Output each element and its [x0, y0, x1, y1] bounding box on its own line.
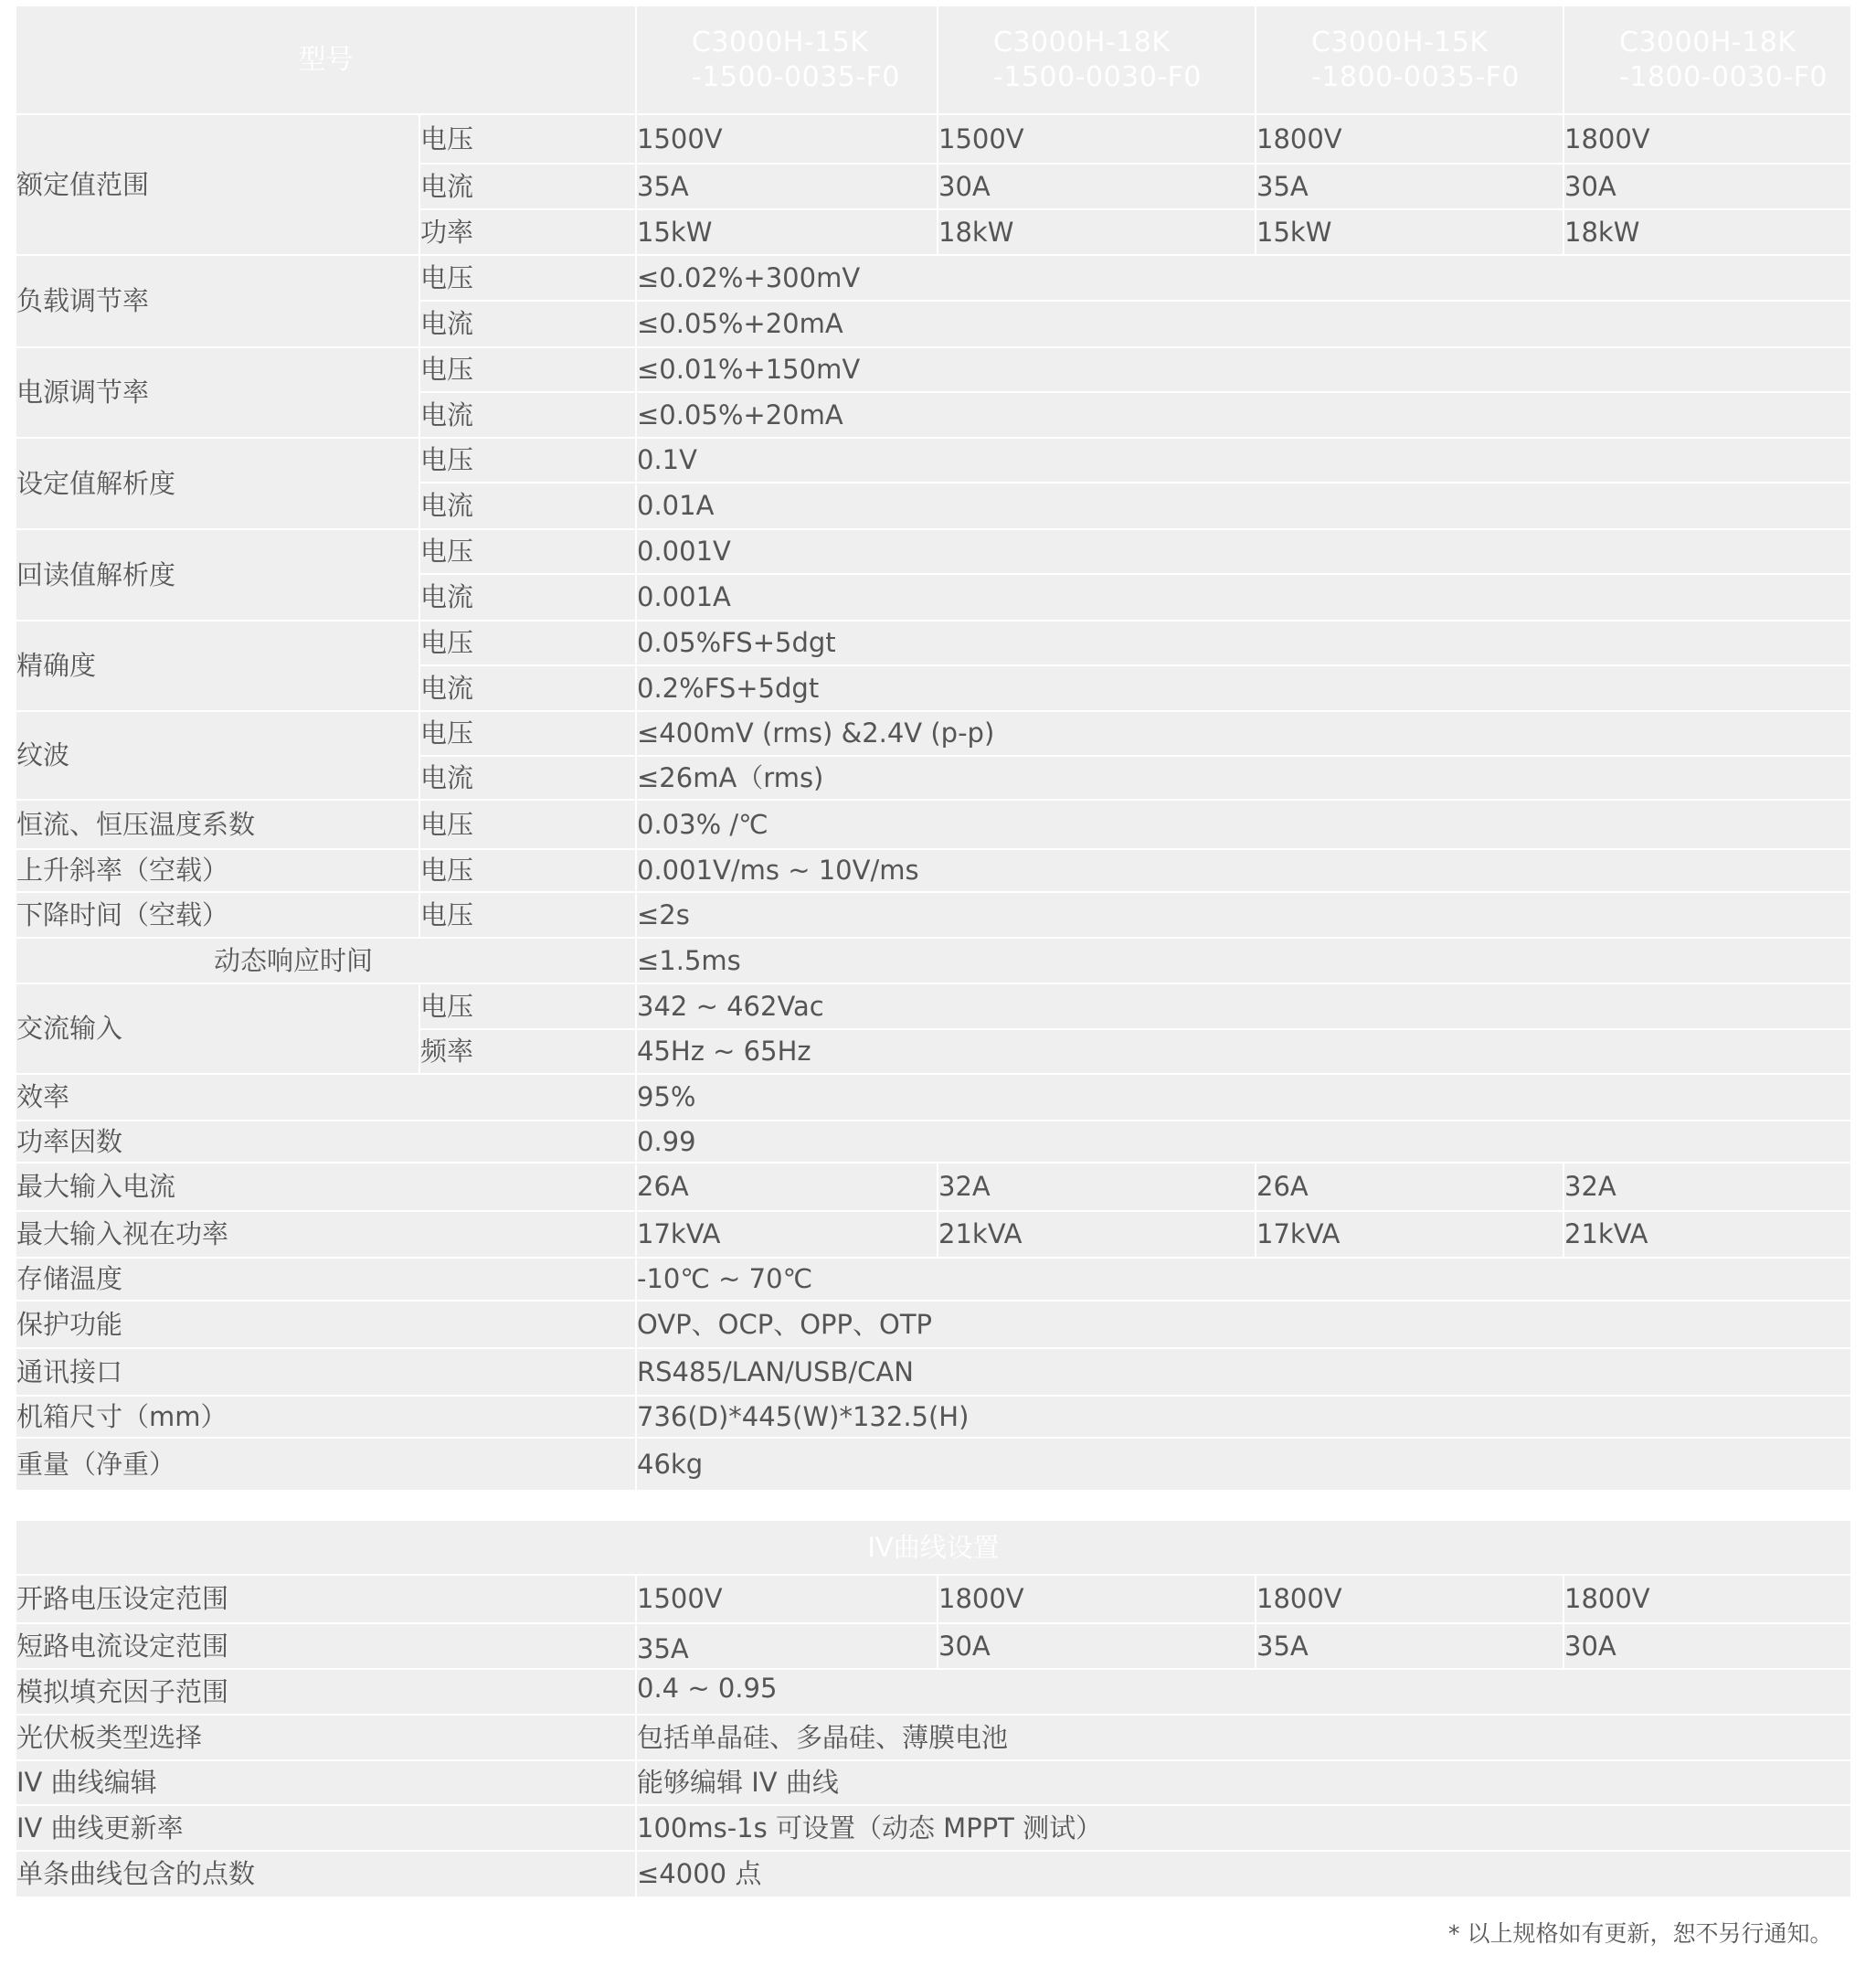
model-header-3: C3000H-15K-1800-0035-F0 [1256, 5, 1563, 114]
sub-label: 功率 [419, 209, 636, 255]
cell: 46kg [636, 1438, 1851, 1491]
table-row: 通讯接口 RS485/LAN/USB/CAN [16, 1348, 1851, 1396]
table-row: 机箱尺寸（mm） 736(D)*445(W)*132.5(H) [16, 1396, 1851, 1438]
cell: 包括单晶硅、多晶硅、薄膜电池 [636, 1715, 1851, 1760]
cell: ≤0.01%+150mV [636, 347, 1851, 392]
row-label-max-apparent-power: 最大输入视在功率 [16, 1211, 636, 1258]
row-label-interface: 通讯接口 [16, 1348, 636, 1396]
cell: ≤0.05%+20mA [636, 301, 1851, 347]
sub-label: 电流 [419, 756, 636, 800]
table-row: 精确度 电压 0.05%FS+5dgt [16, 621, 1851, 665]
table-row: 额定值范围 电压 1500V 1500V 1800V 1800V [16, 114, 1851, 164]
cell: ≤0.05%+20mA [636, 392, 1851, 438]
cell: 0.001V/ms ~ 10V/ms [636, 849, 1851, 892]
cell: 17kVA [636, 1211, 938, 1258]
cell: 35A [1256, 1623, 1563, 1669]
row-label-rise-slope: 上升斜率（空载） [16, 849, 419, 892]
sub-label: 电压 [419, 892, 636, 938]
row-label-fall-time: 下降时间（空载） [16, 892, 419, 938]
cell: 能够编辑 IV 曲线 [636, 1760, 1851, 1805]
cell: 0.1V [636, 438, 1851, 483]
sub-label: 电压 [419, 438, 636, 483]
cell: ≤400mV (rms) &2.4V (p-p) [636, 711, 1851, 756]
row-label-line-regulation: 电源调节率 [16, 347, 419, 438]
row-label-ripple: 纹波 [16, 711, 419, 800]
cell: OVP、OCP、OPP、OTP [636, 1301, 1851, 1348]
row-label-ac-input: 交流输入 [16, 983, 419, 1074]
cell: 1800V [938, 1575, 1256, 1623]
cell: 95% [636, 1074, 1851, 1121]
cell: 45Hz ~ 65Hz [636, 1029, 1851, 1074]
row-label-points-per-curve: 单条曲线包含的点数 [16, 1851, 636, 1897]
iv-section-title: IV曲线设置 [16, 1520, 1851, 1575]
cell: 21kVA [938, 1211, 1256, 1258]
cell: 30A [938, 1623, 1256, 1669]
cell: 1500V [636, 114, 938, 164]
row-label-readback-resolution: 回读值解析度 [16, 529, 419, 621]
sub-label: 电压 [419, 255, 636, 301]
cell: -10℃ ~ 70℃ [636, 1258, 1851, 1301]
table-row: 设定值解析度 电压 0.1V [16, 438, 1851, 483]
cell: 18kW [1563, 209, 1851, 255]
table-row: 交流输入 电压 342 ~ 462Vac [16, 983, 1851, 1029]
row-label-protection: 保护功能 [16, 1301, 636, 1348]
sub-label: 电流 [419, 392, 636, 438]
table-row: 回读值解析度 电压 0.001V [16, 529, 1851, 574]
row-label-dynamic-response: 动态响应时间 [16, 938, 636, 983]
sub-label: 电压 [419, 800, 636, 849]
iv-settings-table: IV曲线设置 开路电压设定范围 1500V 1800V 1800V 1800V … [15, 1519, 1852, 1898]
sub-label: 电压 [419, 347, 636, 392]
cell: 30A [1563, 164, 1851, 209]
sub-label: 电流 [419, 483, 636, 529]
cell: 26A [636, 1163, 938, 1211]
cell: 35A [1256, 164, 1563, 209]
sub-label: 电压 [419, 711, 636, 756]
cell: 0.01A [636, 483, 1851, 529]
table-row: 动态响应时间 ≤1.5ms [16, 938, 1851, 983]
table-row: 恒流、恒压温度系数 电压 0.03% /℃ [16, 800, 1851, 849]
sub-label: 电压 [419, 849, 636, 892]
row-label-temp-coeff: 恒流、恒压温度系数 [16, 800, 419, 849]
cell: 0.99 [636, 1121, 1851, 1163]
cell: 15kW [1256, 209, 1563, 255]
cell: ≤2s [636, 892, 1851, 938]
cell: 30A [1563, 1623, 1851, 1669]
cell: 1800V [1256, 114, 1563, 164]
cell: 0.03% /℃ [636, 800, 1851, 849]
row-label-short-circuit-current: 短路电流设定范围 [16, 1623, 636, 1669]
spec-table: 型号 C3000H-15K-1500-0035-F0 C3000H-18K-15… [15, 5, 1852, 1492]
cell: 1500V [938, 114, 1256, 164]
model-header-4: C3000H-18K-1800-0030-F0 [1563, 5, 1851, 114]
table-row: 最大输入视在功率 17kVA 21kVA 17kVA 21kVA [16, 1211, 1851, 1258]
row-label-iv-update-rate: IV 曲线更新率 [16, 1805, 636, 1851]
table-row: 重量（净重） 46kg [16, 1438, 1851, 1491]
row-label-max-input-current: 最大输入电流 [16, 1163, 636, 1211]
sub-label: 电流 [419, 164, 636, 209]
sub-label: 电流 [419, 301, 636, 347]
cell: 0.2%FS+5dgt [636, 665, 1851, 711]
row-label-open-circuit-voltage: 开路电压设定范围 [16, 1575, 636, 1623]
cell: 32A [938, 1163, 1256, 1211]
table-row: 光伏板类型选择 包括单晶硅、多晶硅、薄膜电池 [16, 1715, 1851, 1760]
cell: ≤0.02%+300mV [636, 255, 1851, 301]
cell: ≤4000 点 [636, 1851, 1851, 1897]
model-header-label: 型号 [16, 5, 636, 114]
row-label-load-regulation: 负载调节率 [16, 255, 419, 347]
table-row: 模拟填充因子范围 0.4 ~ 0.95 [16, 1669, 1851, 1715]
cell: 0.4 ~ 0.95 [636, 1669, 1851, 1715]
cell: 15kW [636, 209, 938, 255]
cell: 100ms-1s 可设置（动态 MPPT 测试） [636, 1805, 1851, 1851]
cell: 1800V [1563, 1575, 1851, 1623]
row-label-setting-resolution: 设定值解析度 [16, 438, 419, 529]
table-row: 存储温度 -10℃ ~ 70℃ [16, 1258, 1851, 1301]
sub-label: 电压 [419, 983, 636, 1029]
cell: RS485/LAN/USB/CAN [636, 1348, 1851, 1396]
cell: 18kW [938, 209, 1256, 255]
cell: 35A [636, 164, 938, 209]
cell: 30A [938, 164, 1256, 209]
table-row: 效率 95% [16, 1074, 1851, 1121]
cell: 1800V [1256, 1575, 1563, 1623]
table-row: 纹波 电压 ≤400mV (rms) &2.4V (p-p) [16, 711, 1851, 756]
row-label-power-factor: 功率因数 [16, 1121, 636, 1163]
cell: 26A [1256, 1163, 1563, 1211]
sub-label: 电压 [419, 621, 636, 665]
row-label-weight: 重量（净重） [16, 1438, 636, 1491]
cell: 0.001A [636, 574, 1851, 621]
table-row: 最大输入电流 26A 32A 26A 32A [16, 1163, 1851, 1211]
row-label-panel-type: 光伏板类型选择 [16, 1715, 636, 1760]
row-label-dimensions: 机箱尺寸（mm） [16, 1396, 636, 1438]
model-header-2: C3000H-18K-1500-0030-F0 [938, 5, 1256, 114]
table-row: 功率因数 0.99 [16, 1121, 1851, 1163]
cell: 342 ~ 462Vac [636, 983, 1851, 1029]
cell: 1500V [636, 1575, 938, 1623]
row-label-rated: 额定值范围 [16, 114, 419, 255]
cell: ≤1.5ms [636, 938, 1851, 983]
table-row: 负载调节率 电压 ≤0.02%+300mV [16, 255, 1851, 301]
row-label-accuracy: 精确度 [16, 621, 419, 711]
cell: 0.001V [636, 529, 1851, 574]
cell: 32A [1563, 1163, 1851, 1211]
sub-label: 电压 [419, 529, 636, 574]
table-row: 单条曲线包含的点数 ≤4000 点 [16, 1851, 1851, 1897]
cell: 736(D)*445(W)*132.5(H) [636, 1396, 1851, 1438]
row-label-iv-edit: IV 曲线编辑 [16, 1760, 636, 1805]
sub-label: 频率 [419, 1029, 636, 1074]
table-row: 下降时间（空载） 电压 ≤2s [16, 892, 1851, 938]
footnote: * 以上规格如有更新，恕不另行通知。 [1448, 1916, 1832, 1949]
row-label-efficiency: 效率 [16, 1074, 636, 1121]
header-row: 型号 C3000H-15K-1500-0035-F0 C3000H-18K-15… [16, 5, 1851, 114]
table-row: IV 曲线编辑 能够编辑 IV 曲线 [16, 1760, 1851, 1805]
cell: 1800V [1563, 114, 1851, 164]
table-row: 上升斜率（空载） 电压 0.001V/ms ~ 10V/ms [16, 849, 1851, 892]
sub-label: 电流 [419, 665, 636, 711]
table-row: 开路电压设定范围 1500V 1800V 1800V 1800V [16, 1575, 1851, 1623]
table-row: 电源调节率 电压 ≤0.01%+150mV [16, 347, 1851, 392]
cell: 21kVA [1563, 1211, 1851, 1258]
cell: 35A [636, 1623, 938, 1669]
table-row: 保护功能 OVP、OCP、OPP、OTP [16, 1301, 1851, 1348]
table-row: IV 曲线更新率 100ms-1s 可设置（动态 MPPT 测试） [16, 1805, 1851, 1851]
sub-label: 电压 [419, 114, 636, 164]
model-header-1: C3000H-15K-1500-0035-F0 [636, 5, 938, 114]
row-label-fill-factor: 模拟填充因子范围 [16, 1669, 636, 1715]
sub-label: 电流 [419, 574, 636, 621]
cell: ≤26mA（rms) [636, 756, 1851, 800]
cell: 0.05%FS+5dgt [636, 621, 1851, 665]
row-label-storage-temp: 存储温度 [16, 1258, 636, 1301]
cell: 17kVA [1256, 1211, 1563, 1258]
iv-header-row: IV曲线设置 [16, 1520, 1851, 1575]
table-row: 短路电流设定范围 35A 30A 35A 30A [16, 1623, 1851, 1669]
